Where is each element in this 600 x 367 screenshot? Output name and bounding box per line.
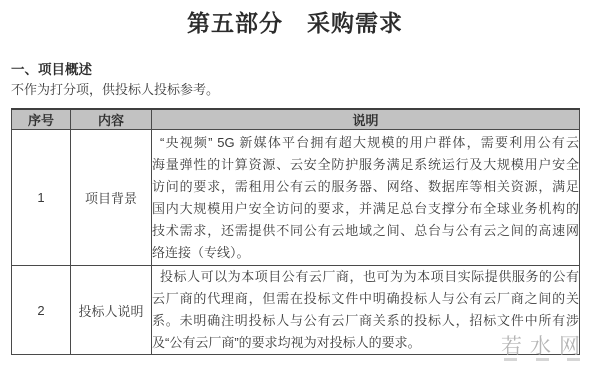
row-description-cell: 投标人可以为本项目公有云厂商，也可为为本项目实际提供服务的公有 云厂商的代理商，… xyxy=(152,266,580,355)
col-header-description: 说明 xyxy=(152,109,580,130)
desc-line: 投标人可以为本项目公有云厂商，也可为为本项目实际提供服务的公有 xyxy=(152,266,579,288)
desc-line: 国内大规模用户安全访问的要求，并满足总台支撑分布全球业务机构的 xyxy=(152,198,579,220)
row-number-cell: 1 xyxy=(12,130,71,266)
document-page: 第五部分 采购需求 一、项目概述 不作为打分项，供投标人投标参考。 序号 内容 … xyxy=(0,0,600,367)
table-row: 1 项目背景 “央视频” 5G 新媒体平台拥有超大规模的用户群体，需要利用公有云… xyxy=(12,130,580,266)
table-row: 2 投标人说明 投标人可以为本项目公有云厂商，也可为为本项目实际提供服务的公有 … xyxy=(12,266,580,355)
row-content-cell: 项目背景 xyxy=(71,130,152,266)
desc-line: “央视频” 5G 新媒体平台拥有超大规模的用户群体，需要利用公有云 xyxy=(152,132,579,154)
desc-line: 海量弹性的计算资源、云安全防护服务满足系统运行及大规模用户安全 xyxy=(152,154,579,176)
row-content-cell: 投标人说明 xyxy=(71,266,152,355)
desc-line: 云厂商的代理商，但需在投标文件中明确投标人与公有云厂商之间的关 xyxy=(152,288,579,310)
col-header-content: 内容 xyxy=(71,109,152,130)
row-description-cell: “央视频” 5G 新媒体平台拥有超大规模的用户群体，需要利用公有云 海量弹性的计… xyxy=(152,130,580,266)
row-number-cell: 2 xyxy=(12,266,71,355)
desc-line: 访问的要求，需租用公有云的服务器、网络、数据库等相关资源，满足 xyxy=(152,176,579,198)
desc-line: 技术需求，还需提供不同公有云地域之间、总台与公有云之间的高速网 xyxy=(152,220,579,242)
col-header-no: 序号 xyxy=(12,109,71,130)
table-header-row: 序号 内容 说明 xyxy=(12,109,580,130)
desc-line: 系。未明确注明投标人与公有云厂商关系的投标人，招标文件中所有涉 xyxy=(152,310,579,332)
section-heading: 一、项目概述 xyxy=(11,58,92,78)
page-title: 第五部分 采购需求 xyxy=(11,5,579,38)
desc-line: 络连接（专线）。 xyxy=(152,242,579,264)
requirements-table: 序号 内容 说明 1 项目背景 “央视频” 5G 新媒体平台拥有超大规模的用户群… xyxy=(11,108,580,355)
section-note: 不作为打分项，供投标人投标参考。 xyxy=(11,79,219,98)
watermark-subtext xyxy=(504,358,580,361)
desc-line: 及“公有云厂商”的要求均视为对投标人的要求。 xyxy=(152,332,579,354)
